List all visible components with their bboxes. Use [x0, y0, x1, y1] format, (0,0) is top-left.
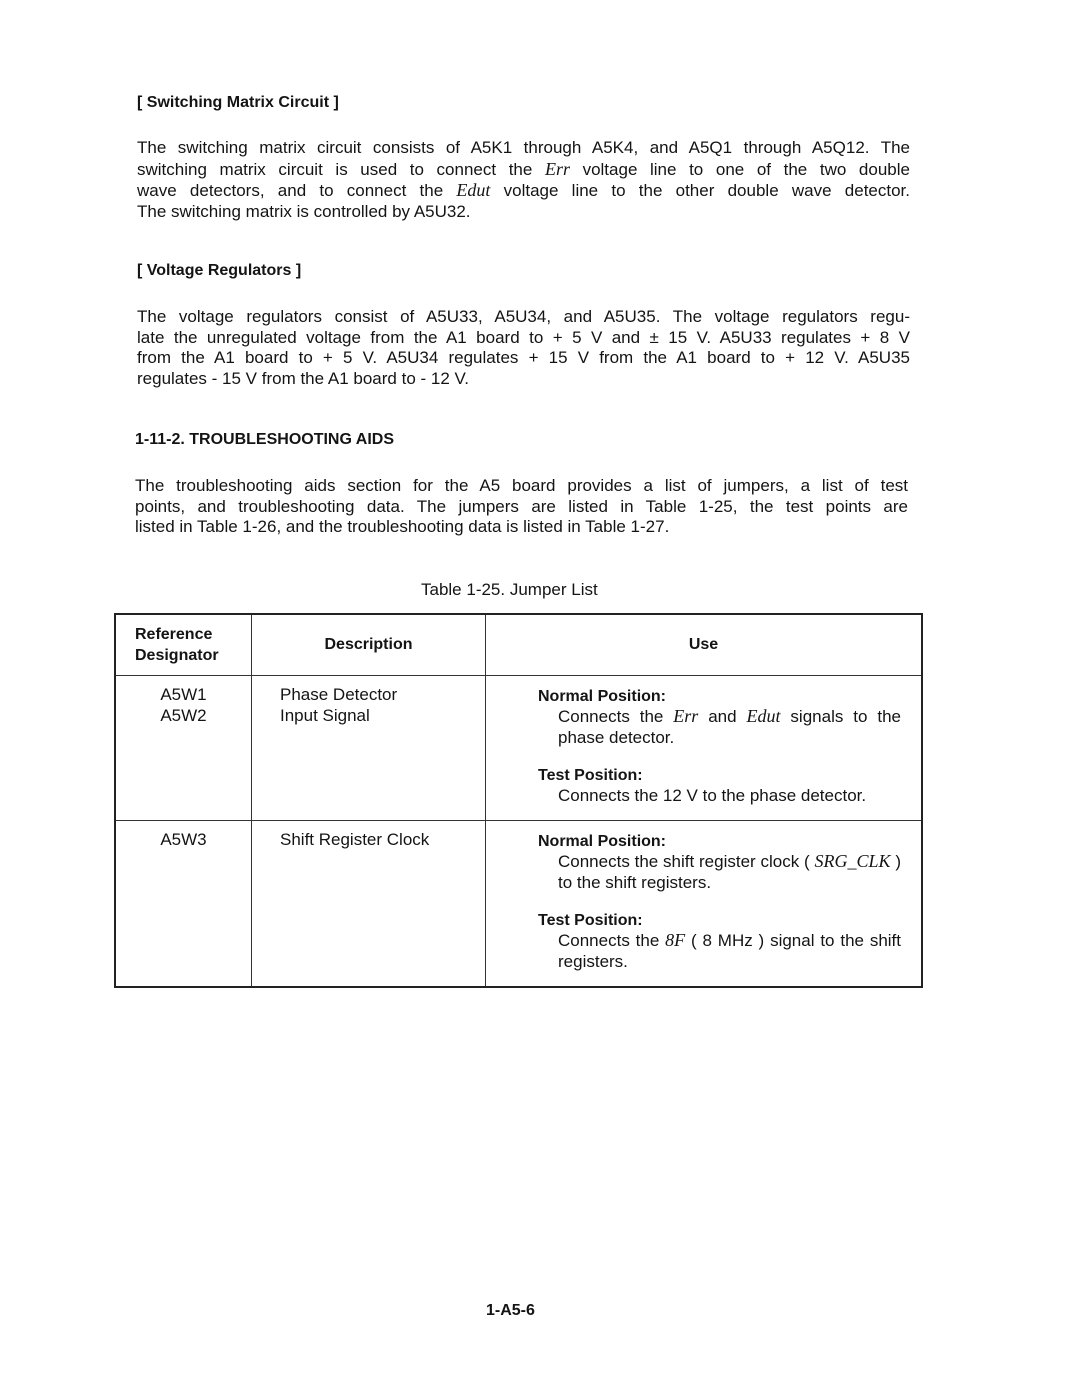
paragraph-line: late the unregulated voltage from the A1…: [137, 328, 910, 349]
column-header-use: Use: [486, 614, 923, 676]
test-position-label: Test Position:: [538, 912, 901, 930]
jumper-list-table: ReferenceDesignator Description Use A5W1…: [114, 613, 923, 988]
description-cell: Phase DetectorInput Signal: [252, 676, 486, 821]
table-caption: Table 1-25. Jumper List: [421, 580, 598, 600]
reference-designator-cell: A5W3: [115, 821, 252, 988]
paragraph-switching-matrix: The switching matrix circuit consists of…: [137, 138, 910, 222]
paragraph-line: The troubleshooting aids section for the…: [135, 476, 908, 497]
reference-designator-cell: A5W1A5W2: [115, 676, 252, 821]
paragraph-line: regulates - 15 V from the A1 board to - …: [137, 369, 910, 390]
section-heading-voltage-regulators: [ Voltage Regulators ]: [137, 262, 301, 280]
paragraph-line: switching matrix circuit is used to conn…: [137, 159, 910, 181]
table-header-row: ReferenceDesignator Description Use: [115, 614, 922, 676]
page-number: 1-A5-6: [486, 1302, 535, 1320]
paragraph-line: The voltage regulators consist of A5U33,…: [137, 307, 910, 328]
use-cell: Normal Position: Connects the shift regi…: [486, 821, 923, 988]
section-heading-switching-matrix: [ Switching Matrix Circuit ]: [137, 94, 339, 112]
test-position-text: Connects the 12 V to the phase detector.: [538, 785, 901, 806]
err-symbol: Err: [545, 159, 570, 179]
paragraph-line: from the A1 board to + 5 V. A5U34 regula…: [137, 348, 910, 369]
table-row: A5W1A5W2 Phase DetectorInput Signal Norm…: [115, 676, 922, 821]
normal-position-text: Connects the shift register clock ( SRG_…: [538, 851, 901, 893]
description-cell: Shift Register Clock: [252, 821, 486, 988]
test-position-text: Connects the 8F ( 8 MHz ) signal to the …: [538, 930, 901, 972]
column-header-reference-designator: ReferenceDesignator: [115, 614, 252, 676]
edut-symbol: Edut: [456, 180, 490, 200]
paragraph-voltage-regulators: The voltage regulators consist of A5U33,…: [137, 307, 910, 389]
paragraph-troubleshooting-aids: The troubleshooting aids section for the…: [135, 476, 908, 538]
normal-position-text: Connects the Err and Edut signals to the…: [538, 706, 901, 748]
use-cell: Normal Position: Connects the Err and Ed…: [486, 676, 923, 821]
paragraph-line: The switching matrix is controlled by A5…: [137, 202, 910, 223]
paragraph-line: points, and troubleshooting data. The ju…: [135, 497, 908, 518]
column-header-description: Description: [252, 614, 486, 676]
table-row: A5W3 Shift Register Clock Normal Positio…: [115, 821, 922, 988]
test-position-label: Test Position:: [538, 767, 901, 785]
normal-position-label: Normal Position:: [538, 833, 901, 851]
section-heading-troubleshooting-aids: 1-11-2. TROUBLESHOOTING AIDS: [135, 431, 394, 449]
normal-position-label: Normal Position:: [538, 688, 901, 706]
paragraph-line: listed in Table 1-26, and the troublesho…: [135, 517, 908, 538]
paragraph-line: wave detectors, and to connect the Edut …: [137, 180, 910, 202]
paragraph-line: The switching matrix circuit consists of…: [137, 138, 910, 159]
